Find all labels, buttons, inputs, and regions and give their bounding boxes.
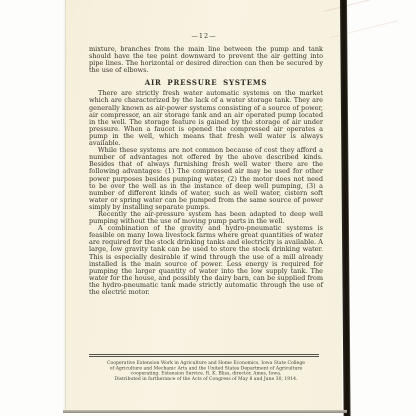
footer-line: Distributed in furtherance of the Acts o…	[89, 377, 323, 382]
footer-double-rule	[89, 354, 319, 357]
body-paragraph: A combination of the gravity and hydro-p…	[89, 225, 323, 296]
page-number: —12—	[66, 32, 342, 40]
body-paragraph-continuation: mixture, branches from the main line bet…	[89, 46, 323, 74]
footer-imprint: Cooperative Extension Work in Agricultur…	[89, 361, 323, 382]
body-paragraph: Recently the air-pressure system has bee…	[89, 211, 323, 225]
body-text-block: mixture, branches from the main line bet…	[89, 46, 323, 296]
page-bottom-edge	[63, 410, 347, 413]
body-paragraph: While these systems are not common becau…	[89, 147, 323, 211]
document-page: —12— mixture, branches from the main lin…	[65, 0, 342, 412]
scan-background: { "colors": { "scan_background": "#fdfdf…	[0, 0, 416, 416]
body-paragraph: There are strictly fresh water automatic…	[89, 90, 323, 147]
section-heading: AIR PRESSURE SYSTEMS	[89, 78, 323, 87]
